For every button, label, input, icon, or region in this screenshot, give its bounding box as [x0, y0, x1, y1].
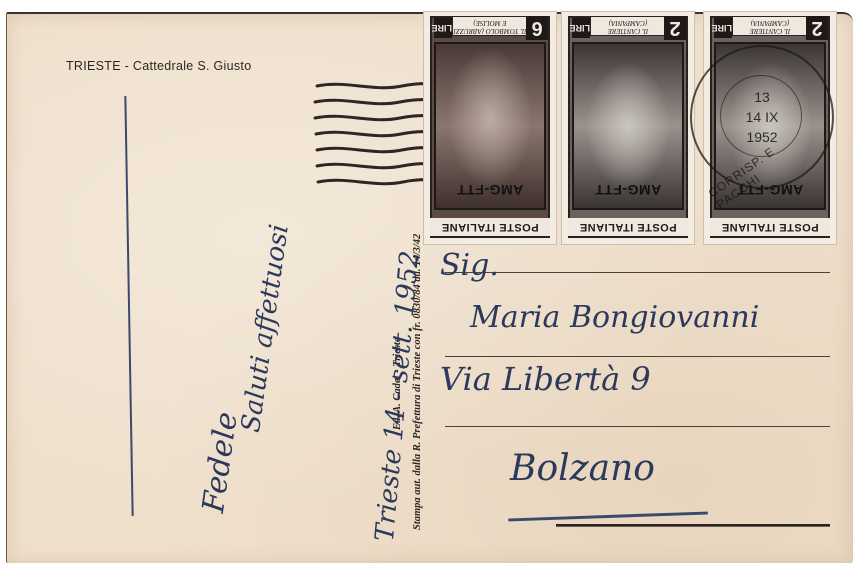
stamp-value: 6 — [526, 16, 548, 40]
stamp-banner: IL TOMBOLO (ABRUZZI E MOLISE) — [452, 16, 528, 36]
stamp-value: 2 — [664, 16, 686, 40]
address-recipient: Maria Bongiovanni — [470, 300, 759, 335]
stamp-6-lire: LIRE IL TOMBOLO (ABRUZZI E MOLISE) 6 AMG… — [424, 12, 556, 244]
address-line-2 — [445, 356, 830, 357]
address-line-3 — [445, 426, 830, 427]
stamp-value: 2 — [806, 16, 828, 40]
stamp-currency: LIRE — [714, 18, 732, 38]
scan-margin — [0, 563, 860, 578]
stamp-currency: LIRE — [572, 18, 590, 38]
stamp-overprint: AMG-FTT — [562, 182, 694, 198]
address-line-4 — [556, 524, 830, 527]
address-street: Via Libertà 9 — [440, 360, 651, 398]
postmark-hour: 13 — [692, 89, 832, 105]
stamp-country: POSTE ITALIANE — [568, 218, 688, 238]
stamp-overprint: AMG-FTT — [424, 182, 556, 198]
address-line-1 — [445, 272, 830, 273]
stamp-country: POSTE ITALIANE — [430, 218, 550, 238]
stamp-banner: IL CANTIERE (CAMPANIA) — [590, 16, 666, 36]
stamp-2-lire: LIRE IL CANTIERE (CAMPANIA) 2 AMG-FTT PO… — [562, 12, 694, 244]
circular-postmark: 13 14 IX 1952 CORRISP. E PACCHI — [690, 45, 834, 189]
stamp-currency: LIRE — [434, 18, 452, 38]
stamp-country: POSTE ITALIANE — [710, 218, 830, 238]
postcard-caption: TRIESTE - Cattedrale S. Giusto — [66, 59, 251, 73]
address-city: Bolzano — [510, 448, 655, 489]
stamp-banner: IL CANTIERE (CAMPANIA) — [732, 16, 808, 36]
address-salutation: Sig. — [440, 248, 499, 283]
